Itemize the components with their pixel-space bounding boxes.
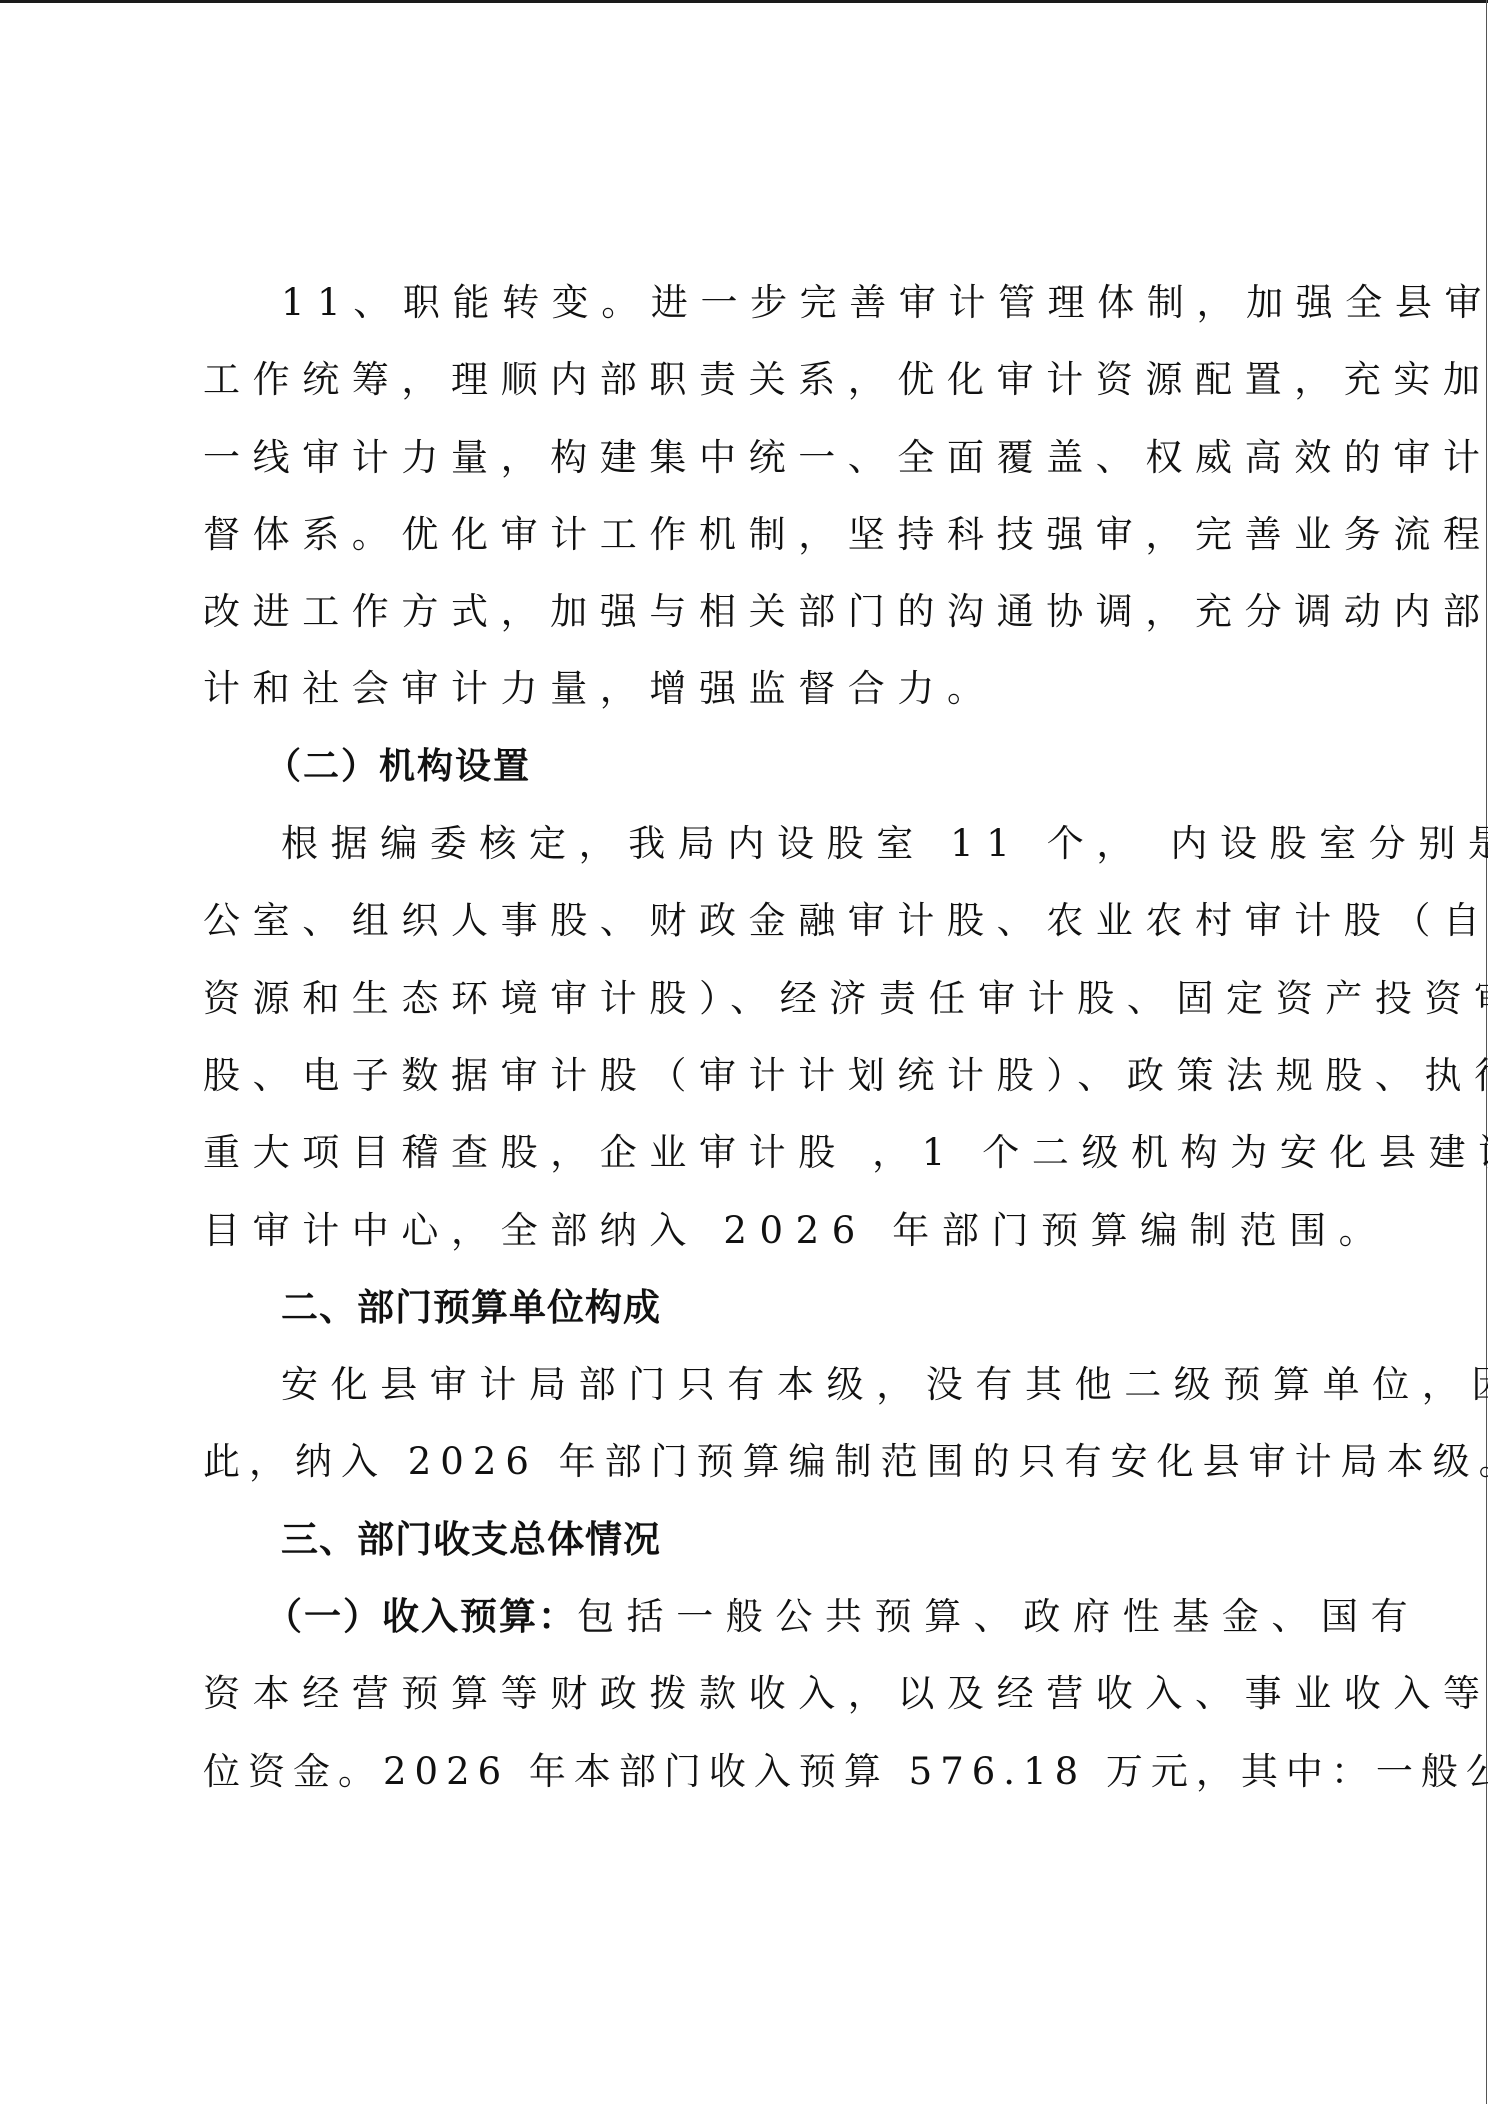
text-line: 计和社会审计力量，增强监督合力。 — [203, 658, 1289, 735]
text-line: 改进工作方式，加强与相关部门的沟通协调，充分调动内部审 — [203, 581, 1289, 658]
text-line: 资本经营预算等财政拨款收入，以及经营收入、事业收入等单 — [203, 1663, 1289, 1740]
text-line: 此，纳入 2026 年部门预算编制范围的只有安化县审计局本级。 — [203, 1431, 1289, 1508]
text-line: 安化县审计局部门只有本级，没有其他二级预算单位，因 — [203, 1354, 1289, 1431]
text-line: 11、职能转变。进一步完善审计管理体制，加强全县审计 — [203, 272, 1289, 349]
text-line: 工作统筹，理顺内部职责关系，优化审计资源配置，充实加强 — [203, 349, 1289, 426]
text-line: 公室、组织人事股、财政金融审计股、农业农村审计股（自然 — [203, 890, 1289, 967]
text-line: 资源和生态环境审计股）、经济责任审计股、固定资产投资审计 — [203, 968, 1289, 1045]
income-budget-lead: （一）收入预算： — [265, 1595, 577, 1638]
paragraph-budget-units: 安化县审计局部门只有本级，没有其他二级预算单位，因 此，纳入 2026 年部门预… — [203, 1354, 1289, 1509]
section-heading-revenue-expenditure: 三、部门收支总体情况 — [203, 1509, 1289, 1586]
text-line: 目审计中心，全部纳入 2026 年部门预算编制范围。 — [203, 1200, 1289, 1277]
document-page: 11、职能转变。进一步完善审计管理体制，加强全县审计 工作统筹，理顺内部职责关系… — [203, 272, 1289, 1818]
text-line: 根据编委核定，我局内设股室 11 个， 内设股室分别是办 — [203, 813, 1289, 890]
text-line: 督体系。优化审计工作机制，坚持科技强审，完善业务流程， — [203, 504, 1289, 581]
text-line: （一）收入预算：包括一般公共预算、政府性基金、国有 — [203, 1586, 1289, 1663]
section-heading-budget-units: 二、部门预算单位构成 — [203, 1277, 1289, 1354]
text-line: 一线审计力量，构建集中统一、全面覆盖、权威高效的审计监 — [203, 427, 1289, 504]
paragraph-functional-transformation: 11、职能转变。进一步完善审计管理体制，加强全县审计 工作统筹，理顺内部职责关系… — [203, 272, 1289, 736]
income-budget-intro: 包括一般公共预算、政府性基金、国有 — [577, 1595, 1420, 1638]
page-top-border — [0, 0, 1488, 3]
paragraph-income-budget: （一）收入预算：包括一般公共预算、政府性基金、国有 资本经营预算等财政拨款收入，… — [203, 1586, 1289, 1818]
text-line: 重大项目稽查股，企业审计股 ，1 个二级机构为安化县建设项 — [203, 1122, 1289, 1199]
paragraph-org-setup: 根据编委核定，我局内设股室 11 个， 内设股室分别是办 公室、组织人事股、财政… — [203, 813, 1289, 1277]
text-line: 位资金。2026 年本部门收入预算 576.18 万元，其中：一般公共 — [203, 1741, 1289, 1818]
text-line: 股、电子数据审计股（审计计划统计股）、政策法规股、执行股、 — [203, 1045, 1289, 1122]
subsection-heading-org: （二）机构设置 — [203, 736, 1289, 813]
